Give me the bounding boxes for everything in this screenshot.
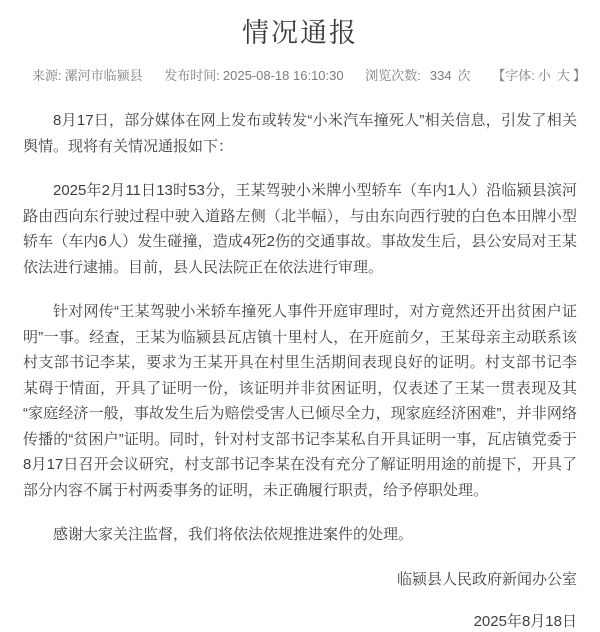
signature-date: 2025年8月18日 — [23, 609, 577, 632]
paragraph-accident-details: 2025年2月11日13时53分，王某驾驶小米牌小型轿车（车内1人）沿临颍县滨河… — [23, 178, 577, 280]
paragraph-closing-thanks: 感谢大家关注监督，我们将依法依规推进案件的处理。 — [23, 522, 577, 548]
font-size-large-button[interactable]: 大 — [557, 68, 570, 83]
page-title: 情况通报 — [23, 14, 577, 52]
article-body: 8月17日，部分媒体在网上发布或转发“小米汽车撞死人”相关信息，引发了相关舆情。… — [23, 108, 577, 632]
meta-views-value: 334 — [430, 68, 452, 83]
signature-office: 临颍县人民政府新闻办公室 — [23, 567, 577, 593]
paragraph-investigation: 针对网传“王某驾驶小米轿车撞死人事件开庭审理时，对方竟然还开出贫困户证明”一事。… — [23, 299, 577, 503]
meta-publish-label: 发布时间: — [164, 68, 220, 83]
meta-source-value: 漯河市临颍县 — [65, 68, 143, 83]
font-control-suffix: 】 — [573, 68, 586, 83]
notice-document: 情况通报 来源:漯河市临颍县 发布时间:2025-08-18 16:10:30 … — [0, 0, 600, 632]
meta-source: 来源:漯河市临颍县 — [32, 67, 143, 85]
meta-views-label: 浏览次数: — [365, 68, 421, 83]
font-size-control: 【字体:小大】 — [492, 67, 586, 85]
font-size-small-button[interactable]: 小 — [538, 68, 551, 83]
meta-publish-time: 发布时间:2025-08-18 16:10:30 — [164, 67, 343, 85]
font-control-prefix: 【字体: — [492, 68, 535, 83]
meta-publish-value: 2025-08-18 16:10:30 — [223, 68, 344, 83]
notice-page: 情况通报 来源:漯河市临颍县 发布时间:2025-08-18 16:10:30 … — [0, 0, 600, 632]
meta-views-unit: 次 — [458, 68, 471, 83]
paragraph-intro: 8月17日，部分媒体在网上发布或转发“小米汽车撞死人”相关信息，引发了相关舆情。… — [23, 108, 577, 159]
article-meta: 来源:漯河市临颍县 发布时间:2025-08-18 16:10:30 浏览次数:… — [23, 67, 577, 85]
meta-source-label: 来源: — [32, 68, 62, 83]
meta-view-count: 浏览次数:334次 — [365, 67, 470, 85]
